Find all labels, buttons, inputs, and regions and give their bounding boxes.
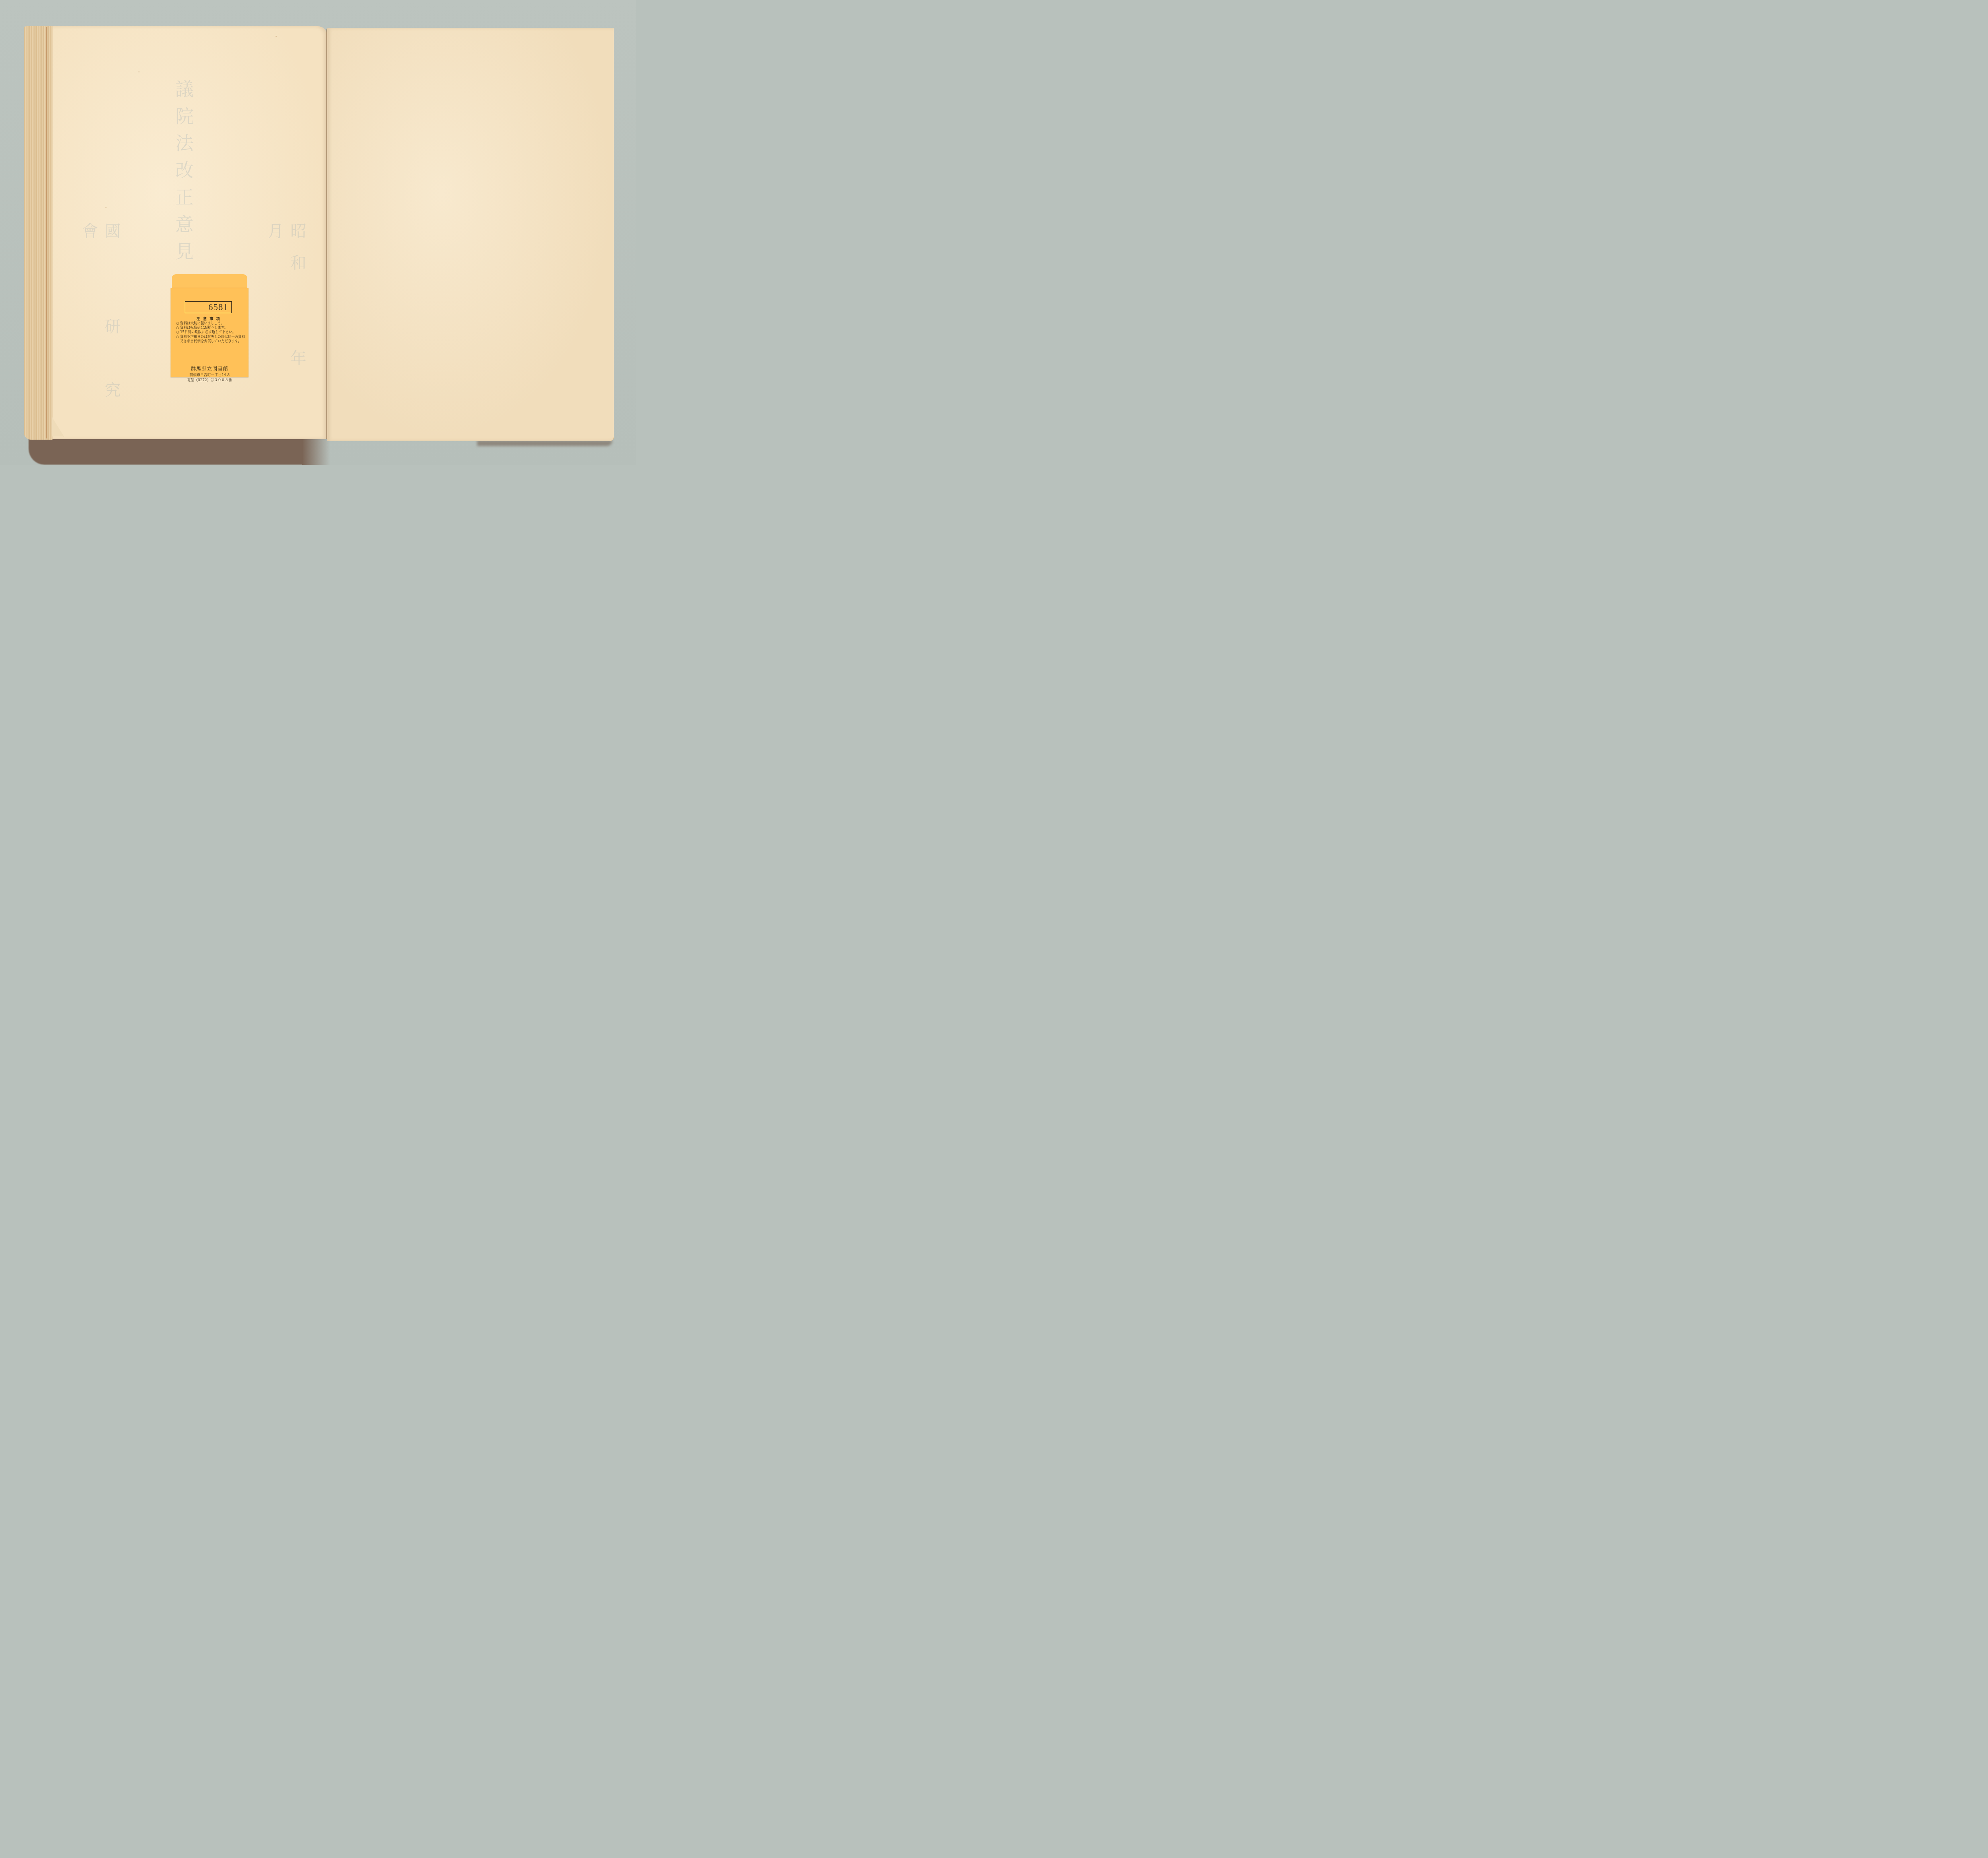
bleed-through-left-column: 國 研 究 會: [78, 223, 123, 465]
call-number-box: 6581: [185, 301, 232, 313]
right-page-shadow: [477, 440, 612, 446]
notice-rule: 15日間の期限に必ず返して下さい。: [176, 330, 248, 335]
library-card-pocket: 6581 注意事項 資料は大切に扱いましょう。 資料は転貸借はお断りします。 1…: [171, 274, 248, 377]
paper-speck: [138, 72, 140, 72]
notice-rule: 資料を汚損または紛失した時は同一の資料又は相当代価を弁償していただきます。: [176, 335, 248, 344]
book-fore-edge: [24, 26, 52, 440]
book-fore-edge-line: [46, 27, 47, 438]
notice-rule: 資料は転貸借はお断りします。: [176, 326, 248, 330]
bleed-through-date-column: 昭和 年 月: [263, 223, 309, 465]
bleed-through-title: 議院法改正意見: [170, 80, 196, 269]
paper-speck: [276, 36, 277, 37]
library-name: 群馬県立図書館: [171, 365, 248, 372]
library-address: 前橋市日吉町一丁目14-8: [171, 372, 248, 377]
pocket-body: 6581 注意事項 資料は大切に扱いましょう。 資料は転貸借はお断りします。 1…: [171, 288, 248, 377]
right-page: [327, 28, 614, 441]
notice-rule: 資料は大切に扱いましょう。: [176, 322, 248, 326]
paper-speck: [105, 207, 107, 208]
book-gutter: [326, 29, 327, 439]
call-number: 6581: [208, 302, 228, 312]
library-phone: 電話（0272）㉛３００８番: [171, 377, 248, 382]
notice-rules: 資料は大切に扱いましょう。 資料は転貸借はお断りします。 15日間の期限に必ず返…: [176, 322, 248, 344]
notice-heading: 注意事項: [171, 316, 248, 321]
